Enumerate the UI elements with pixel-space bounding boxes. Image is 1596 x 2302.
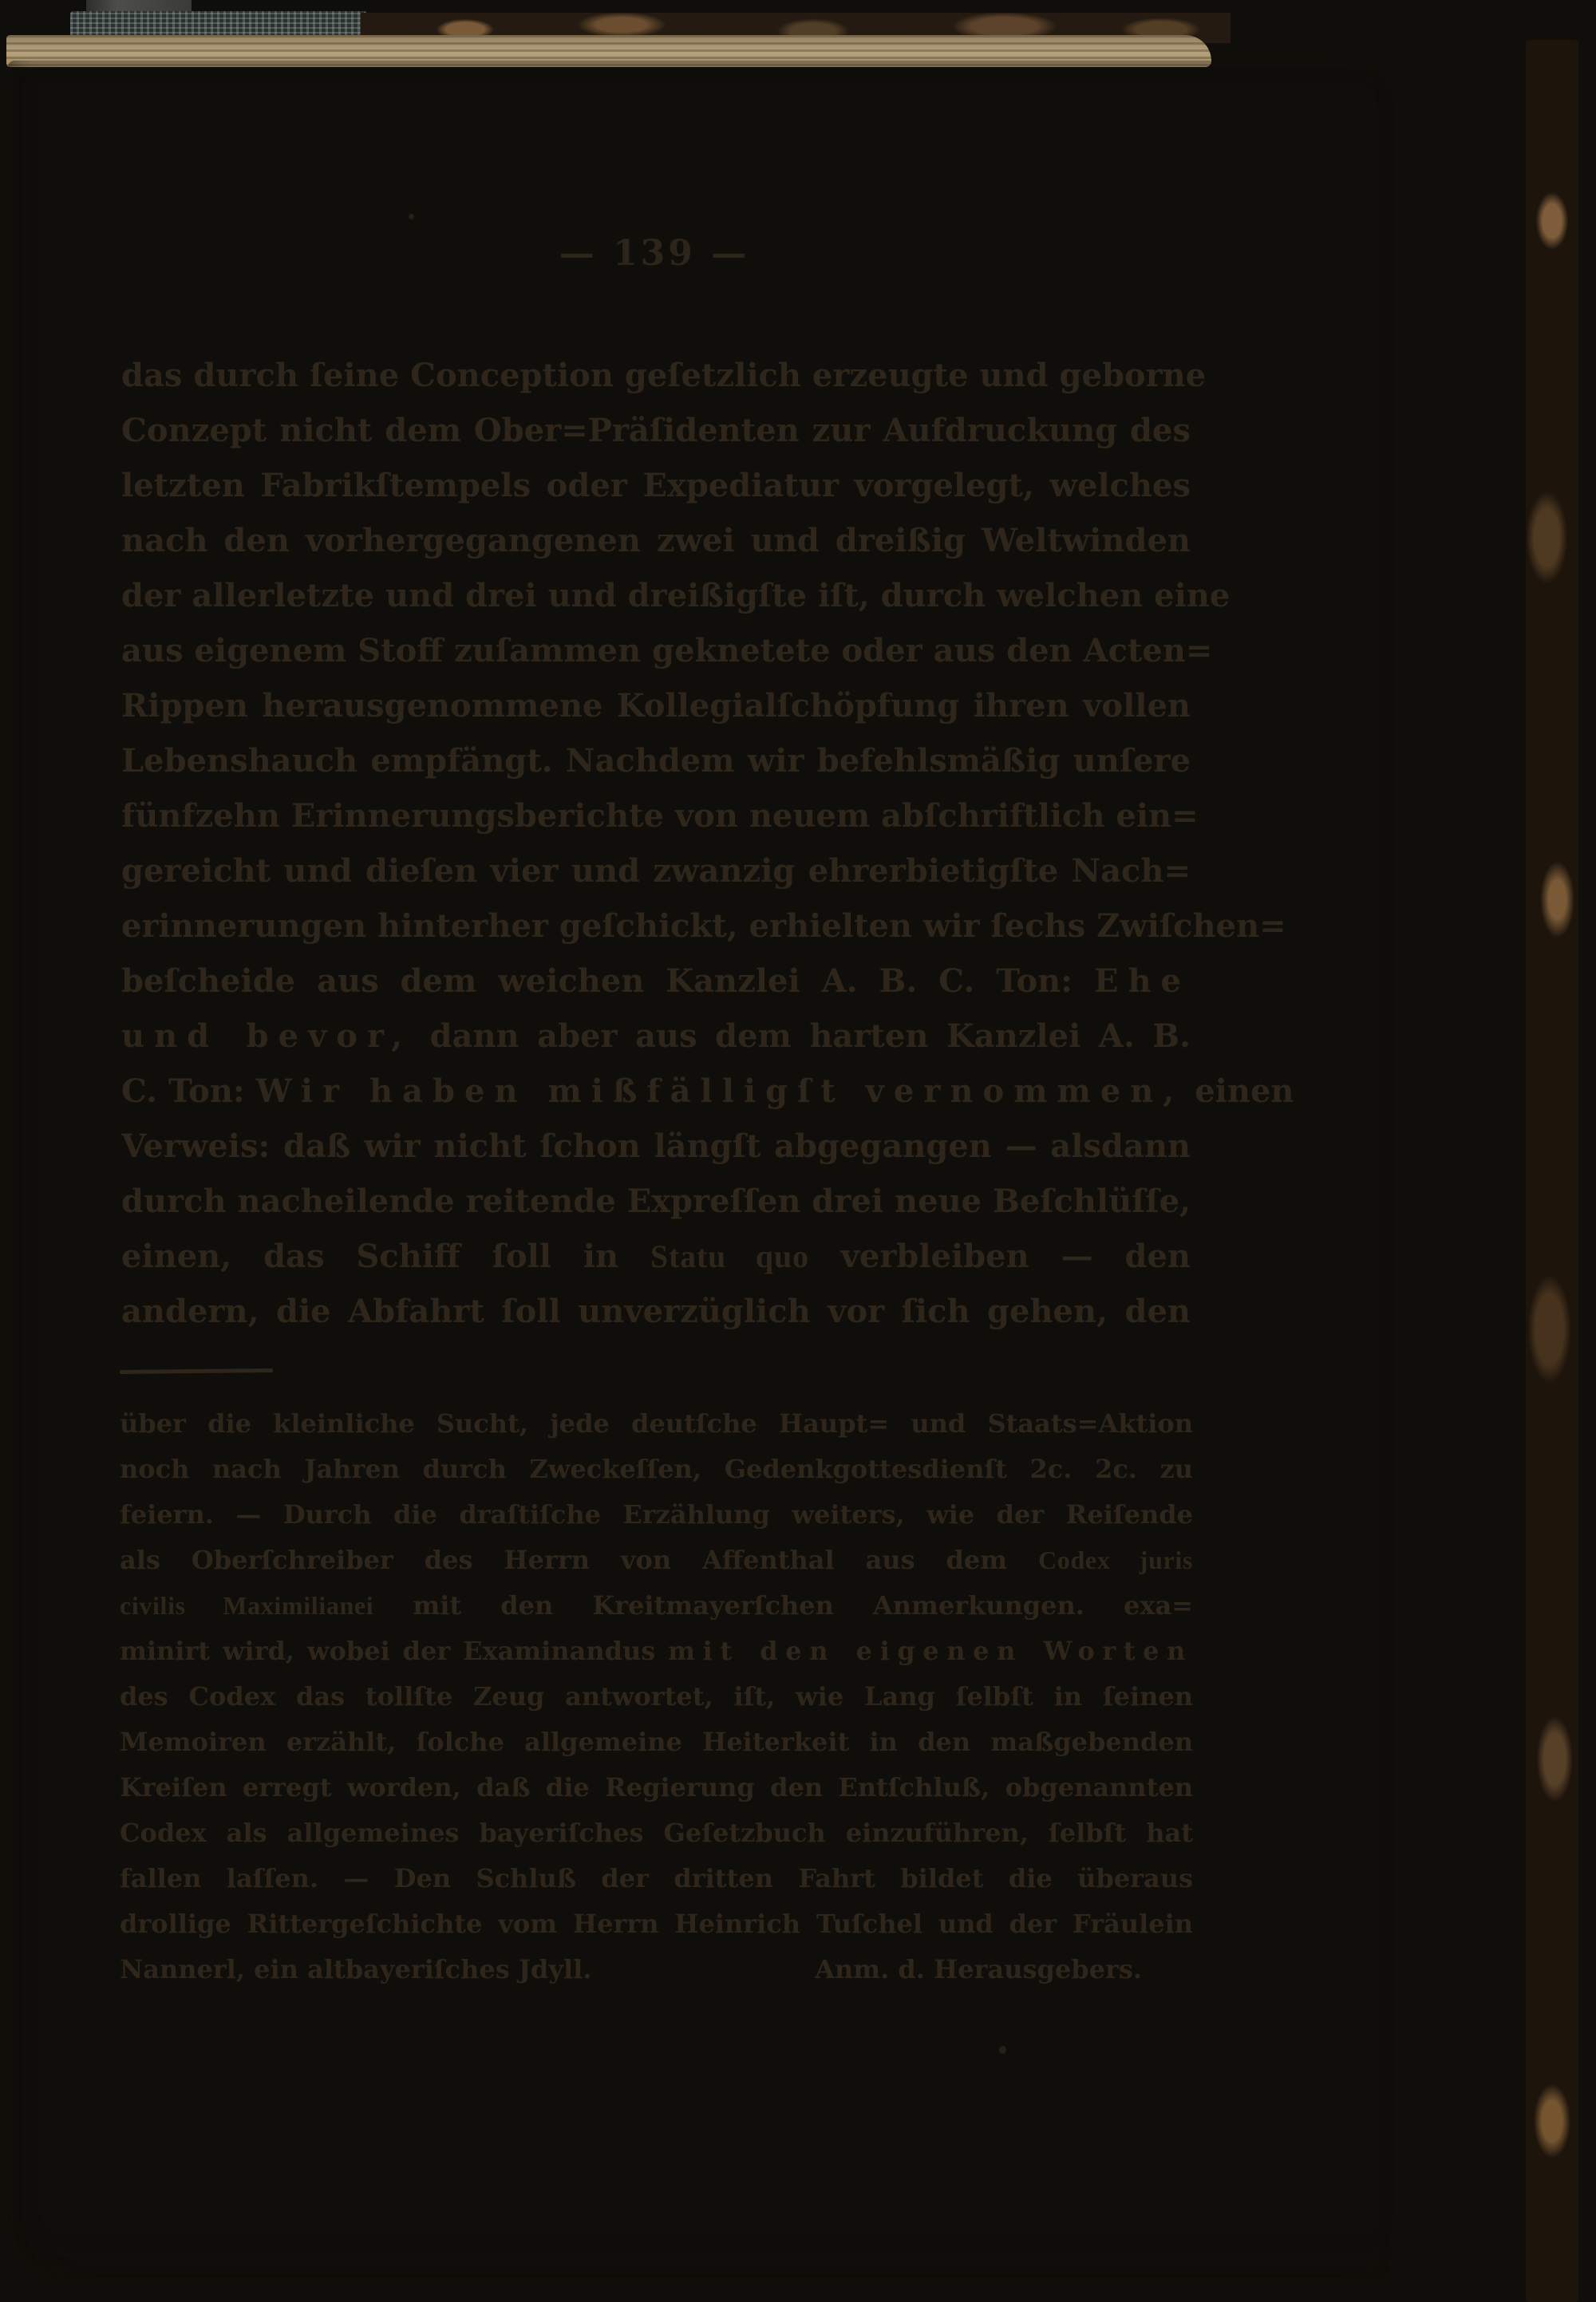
text-segment: feiern. — Durch die draſtiſche Erzählung…	[120, 1499, 1193, 1530]
footnote-line: des Codex das tollſte Zeug antwortet, iſ…	[120, 1674, 1193, 1720]
text-segment: einen, das Schiff ſoll in	[121, 1238, 650, 1275]
text-segment: erinnerungen hinterher geſchickt, erhiel…	[121, 907, 1286, 945]
text-segment: Statu quo	[650, 1238, 809, 1274]
footnote-line: als Oberſchreiber des Herrn von Affentha…	[120, 1538, 1193, 1583]
body-line: fünfzehn Erinnerungsberichte von neuem a…	[121, 788, 1191, 843]
text-segment: drollige Rittergeſchichte vom Herrn Hein…	[120, 1909, 1193, 1939]
body-line: einen, das Schiff ſoll in Statu quo verb…	[121, 1229, 1191, 1284]
body-line: der allerletzte und drei und dreißigſte …	[121, 568, 1191, 623]
body-line: Rippen herausgenommene Kollegialſchöpfun…	[121, 678, 1191, 733]
body-line: Verweis: daß wir nicht ſchon längſt abge…	[121, 1119, 1191, 1174]
text-segment: C. Ton:	[121, 1072, 256, 1110]
text-segment: des Codex das tollſte Zeug antwortet, iſ…	[120, 1681, 1193, 1712]
text-segment: dann aber aus dem harten Kanzlei A. B.	[412, 1017, 1191, 1055]
body-line: Conzept nicht dem Ober=Präſidenten zur A…	[121, 403, 1191, 458]
text-segment: durch nacheilende reitende Expreſſen dre…	[121, 1183, 1191, 1220]
text-segment: Memoiren erzählt, ſolche allgemeine Heit…	[120, 1727, 1193, 1757]
body-line: C. Ton: Wir haben mißfälligſt vernommen,…	[121, 1064, 1191, 1119]
footnote-line: Memoiren erzählt, ſolche allgemeine Heit…	[120, 1720, 1193, 1765]
text-segment: über die kleinliche Sucht, jede deutſche…	[120, 1408, 1193, 1439]
footnote-line: Kreiſen erregt worden, daß die Regierung…	[120, 1765, 1193, 1810]
text-segment: beſcheide aus dem weichen Kanzlei A. B. …	[121, 962, 1094, 1000]
body-line: aus eigenem Stoff zuſammen geknetete ode…	[121, 623, 1191, 678]
footnote-signature: Anm. d. Herausgebers.	[815, 1947, 1142, 1992]
body-line: nach den vorhergegangenen zwei und dreiß…	[121, 513, 1191, 568]
text-segment: nach den vorhergegangenen zwei und dreiß…	[121, 522, 1191, 559]
text-segment: andern, die Abfahrt ſoll unverzüglich vo…	[121, 1293, 1191, 1330]
text-segment: Ehe	[1094, 962, 1191, 1000]
footnote-line: drollige Rittergeſchichte vom Herrn Hein…	[120, 1901, 1193, 1947]
ink-speck	[409, 214, 414, 219]
fore-edge-pages	[1395, 46, 1524, 2292]
text-segment: Codex als allgemeines bayeriſches Geſetz…	[120, 1818, 1193, 1848]
text-segment: letzten Fabrikſtempels oder Expediatur v…	[121, 467, 1191, 504]
text-segment: mit den Kreitmayerſchen Anmerkungen. exa…	[373, 1590, 1193, 1621]
text-segment: Wir haben mißfälligſt vernommen,	[256, 1072, 1184, 1110]
footnote-line: civilis Maximilianei mit den Kreitmayerſ…	[120, 1583, 1193, 1629]
body-line: durch nacheilende reitende Expreſſen dre…	[121, 1174, 1191, 1229]
text-segment: gereicht und dieſen vier und zwanzig ehr…	[121, 852, 1191, 890]
body-line: beſcheide aus dem weichen Kanzlei A. B. …	[121, 954, 1191, 1009]
text-segment: fallen laſſen. — Den Schluß der dritten …	[120, 1863, 1193, 1893]
text-segment: mit den eigenen Worten	[668, 1636, 1193, 1666]
footnote-line: minirt wird, wobei der Examinandus mit d…	[120, 1629, 1193, 1674]
footnote-last-line: Nannerl, ein altbayeriſches Jdyll.Anm. d…	[120, 1947, 1193, 1992]
text-segment: minirt wird, wobei der Examinandus	[120, 1636, 668, 1666]
text-segment: der allerletzte und drei und dreißigſte …	[121, 577, 1230, 614]
text-segment: Rippen herausgenommene Kollegialſchöpfun…	[121, 687, 1191, 725]
ink-speck	[999, 2046, 1006, 2054]
body-line: gereicht und dieſen vier und zwanzig ehr…	[121, 843, 1191, 898]
footnote-line: über die kleinliche Sucht, jede deutſche…	[120, 1401, 1193, 1447]
text-segment: einen	[1183, 1072, 1294, 1110]
footnote-line: noch nach Jahren durch Zweckeſſen, Geden…	[120, 1447, 1193, 1492]
body-line: erinnerungen hinterher geſchickt, erhiel…	[121, 898, 1191, 954]
text-segment: Lebenshauch empfängt. Nachdem wir befehl…	[121, 742, 1191, 780]
text-segment: das durch ſeine Conception geſetzlich er…	[121, 357, 1206, 394]
cover-right-edge	[1526, 40, 1578, 2302]
text-segment: als Oberſchreiber des Herrn von Affentha…	[120, 1545, 1038, 1575]
text-segment: civilis Maximilianei	[120, 1591, 373, 1620]
text-segment: Kreiſen erregt worden, daß die Regierung…	[120, 1772, 1193, 1803]
page-number: — 139 —	[120, 233, 1189, 274]
body-text: das durch ſeine Conception geſetzlich er…	[121, 348, 1191, 1339]
text-segment: verbleiben — den	[809, 1238, 1191, 1275]
body-line: Lebenshauch empfängt. Nachdem wir befehl…	[121, 733, 1191, 788]
text-segment: und bevor,	[121, 1017, 412, 1055]
footnote-line: feiern. — Durch die draſtiſche Erzählung…	[120, 1492, 1193, 1538]
body-line: das durch ſeine Conception geſetzlich er…	[121, 348, 1191, 403]
footnote-text: über die kleinliche Sucht, jede deutſche…	[120, 1401, 1193, 1992]
text-segment: aus eigenem Stoff zuſammen geknetete ode…	[121, 632, 1212, 669]
text-segment: Codex juris	[1038, 1546, 1193, 1574]
text-segment: fünfzehn Erinnerungsberichte von neuem a…	[121, 797, 1199, 835]
footnote-line: fallen laſſen. — Den Schluß der dritten …	[120, 1856, 1193, 1901]
footnote-line: Codex als allgemeines bayeriſches Geſetz…	[120, 1810, 1193, 1856]
text-segment: Conzept nicht dem Ober=Präſidenten zur A…	[121, 412, 1191, 449]
text-segment: Verweis: daß wir nicht ſchon längſt abge…	[121, 1127, 1191, 1165]
body-line: andern, die Abfahrt ſoll unverzüglich vo…	[121, 1284, 1191, 1339]
text-segment: noch nach Jahren durch Zweckeſſen, Geden…	[120, 1454, 1193, 1484]
footnote-last-text: Nannerl, ein altbayeriſches Jdyll.	[120, 1947, 591, 1992]
body-line: letzten Fabrikſtempels oder Expediatur v…	[121, 458, 1191, 513]
body-line: und bevor, dann aber aus dem harten Kanz…	[121, 1009, 1191, 1064]
